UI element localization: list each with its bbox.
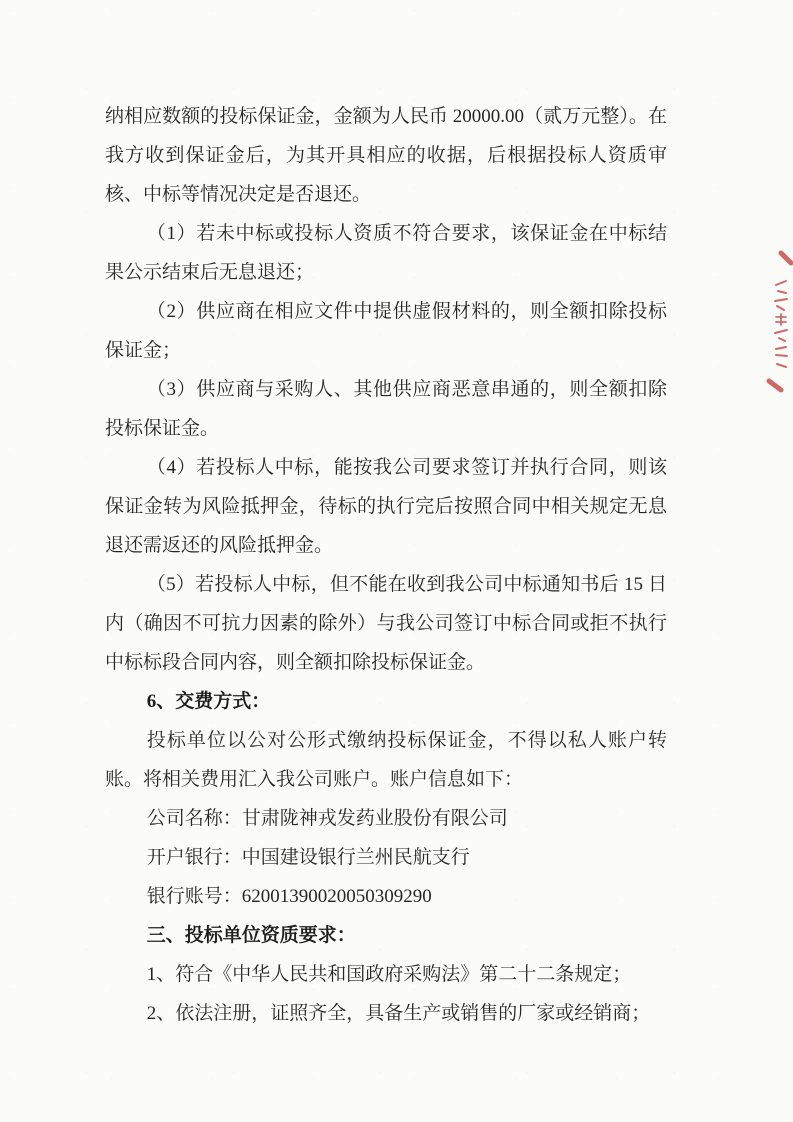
qualification-1: 1、符合《中华人民共和国政府采购法》第二十二条规定； <box>105 955 667 994</box>
bank-account-number-line: 银行账号：62001390020050309290 <box>105 877 667 916</box>
qualification-2: 2、依法注册，证照齐全，具备生产或销售的厂家或经销商； <box>105 994 667 1033</box>
clause-4: （4）若投标人中标，能按我公司要求签订并执行合同，则该保证金转为风险抵押金，待标… <box>105 448 667 565</box>
paragraph-deposit-continuation: 纳相应数额的投标保证金，金额为人民币 20000.00（贰万元整）。在我方收到保… <box>105 97 667 214</box>
clause-5: （5）若投标人中标，但不能在收到我公司中标通知书后 15 日内（确因不可抗力因素… <box>105 565 667 682</box>
bank-name-line: 开户银行：中国建设银行兰州民航支行 <box>105 838 667 877</box>
clause-1: （1）若未中标或投标人资质不符合要求，该保证金在中标结果公示结束后无息退还； <box>105 214 667 292</box>
document-body: 纳相应数额的投标保证金，金额为人民币 20000.00（贰万元整）。在我方收到保… <box>105 97 667 1033</box>
clause-3: （3）供应商与采购人、其他供应商恶意串通的，则全额扣除投标保证金。 <box>105 370 667 448</box>
section-3-heading-qualifications: 三、投标单位资质要求： <box>105 916 667 955</box>
section-6-heading-payment-method: 6、交费方式： <box>105 682 667 721</box>
clause-2: （2）供应商在相应文件中提供虚假材料的，则全额扣除投标保证金； <box>105 292 667 370</box>
payment-method-text: 投标单位以公对公形式缴纳投标保证金，不得以私人账户转账。将相关费用汇入我公司账户… <box>105 721 667 799</box>
scanned-document-page: 纳相应数额的投标保证金，金额为人民币 20000.00（贰万元整）。在我方收到保… <box>0 0 793 1122</box>
red-seal-fragment-icon <box>751 243 793 398</box>
company-name-line: 公司名称：甘肃陇神戎发药业股份有限公司 <box>105 799 667 838</box>
